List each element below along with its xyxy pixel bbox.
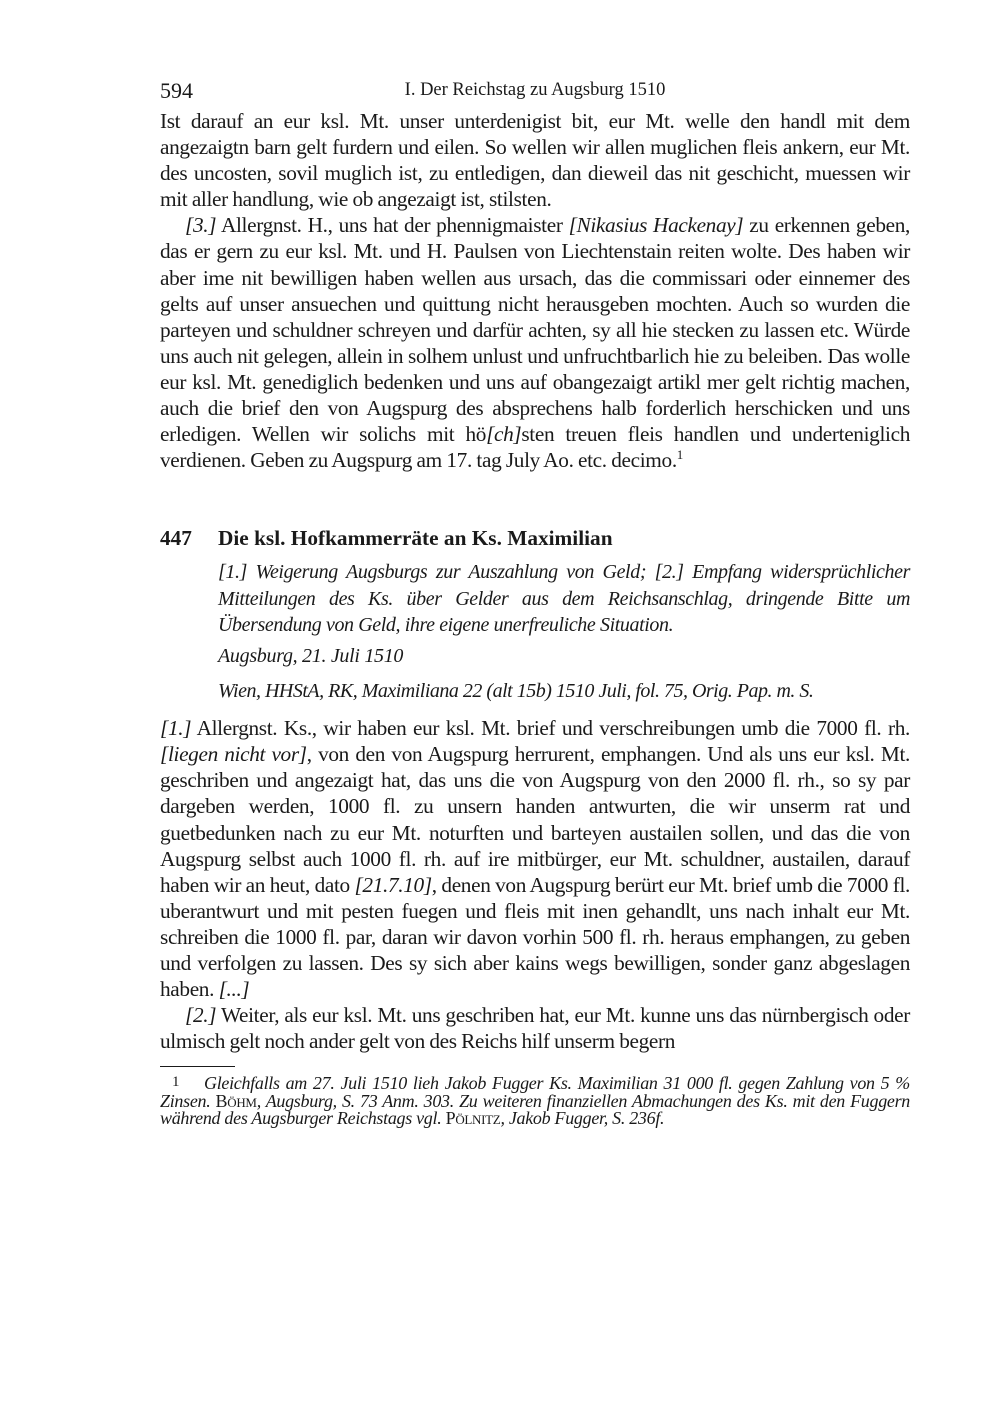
- ellipsis: [...]: [219, 977, 250, 1001]
- section-marker: [2.]: [185, 1003, 216, 1027]
- running-head: 594 I. Der Reichstag zu Augsburg 1510: [160, 78, 910, 108]
- footnote: 1Gleichfalls am 27. Juli 1510 lieh Jakob…: [160, 1074, 910, 1128]
- paragraph: [1.] Allergnst. Ks., wir haben eur ksl. …: [160, 715, 910, 1002]
- regest: [1.] Weigerung Augsburgs zur Auszahlung …: [218, 559, 910, 638]
- page: 594 I. Der Reichstag zu Augsburg 1510 Is…: [160, 78, 910, 1128]
- paragraph: [3.] Allergnst. H., uns hat der phennigm…: [160, 212, 910, 473]
- document-number: 447: [160, 525, 218, 551]
- section-marker: [1.]: [160, 716, 191, 740]
- document-body: [1.] Allergnst. Ks., wir haben eur ksl. …: [160, 715, 910, 1054]
- editorial-date: [21.7.10]: [354, 873, 431, 897]
- section-marker: [3.]: [185, 213, 216, 237]
- footnote-number: 1: [160, 1074, 178, 1092]
- author-name: Pölnitz: [446, 1108, 501, 1128]
- document-date: Augsburg, 21. Juli 1510: [218, 643, 910, 669]
- document-source: Wien, HHStA, RK, Maximiliana 22 (alt 15b…: [218, 678, 910, 704]
- editorial-note: [Nikasius Hackenay]: [569, 213, 744, 237]
- document-heading: 447Die ksl. Hofkammerräte an Ks. Maximil…: [160, 525, 910, 551]
- editorial-insert: [ch]: [486, 422, 521, 446]
- footnote-rule: [160, 1066, 235, 1067]
- paragraph: Ist darauf an eur ksl. Mt. unser unterde…: [160, 108, 910, 212]
- footnote-reference[interactable]: 1: [677, 447, 683, 462]
- editorial-note: [liegen nicht vor]: [160, 742, 307, 766]
- continued-letter: Ist darauf an eur ksl. Mt. unser unterde…: [160, 108, 910, 473]
- running-title: I. Der Reichstag zu Augsburg 1510: [160, 80, 910, 101]
- paragraph: [2.] Weiter, als eur ksl. Mt. uns geschr…: [160, 1002, 910, 1054]
- document-title: Die ksl. Hofkammerräte an Ks. Maximilian: [218, 526, 613, 550]
